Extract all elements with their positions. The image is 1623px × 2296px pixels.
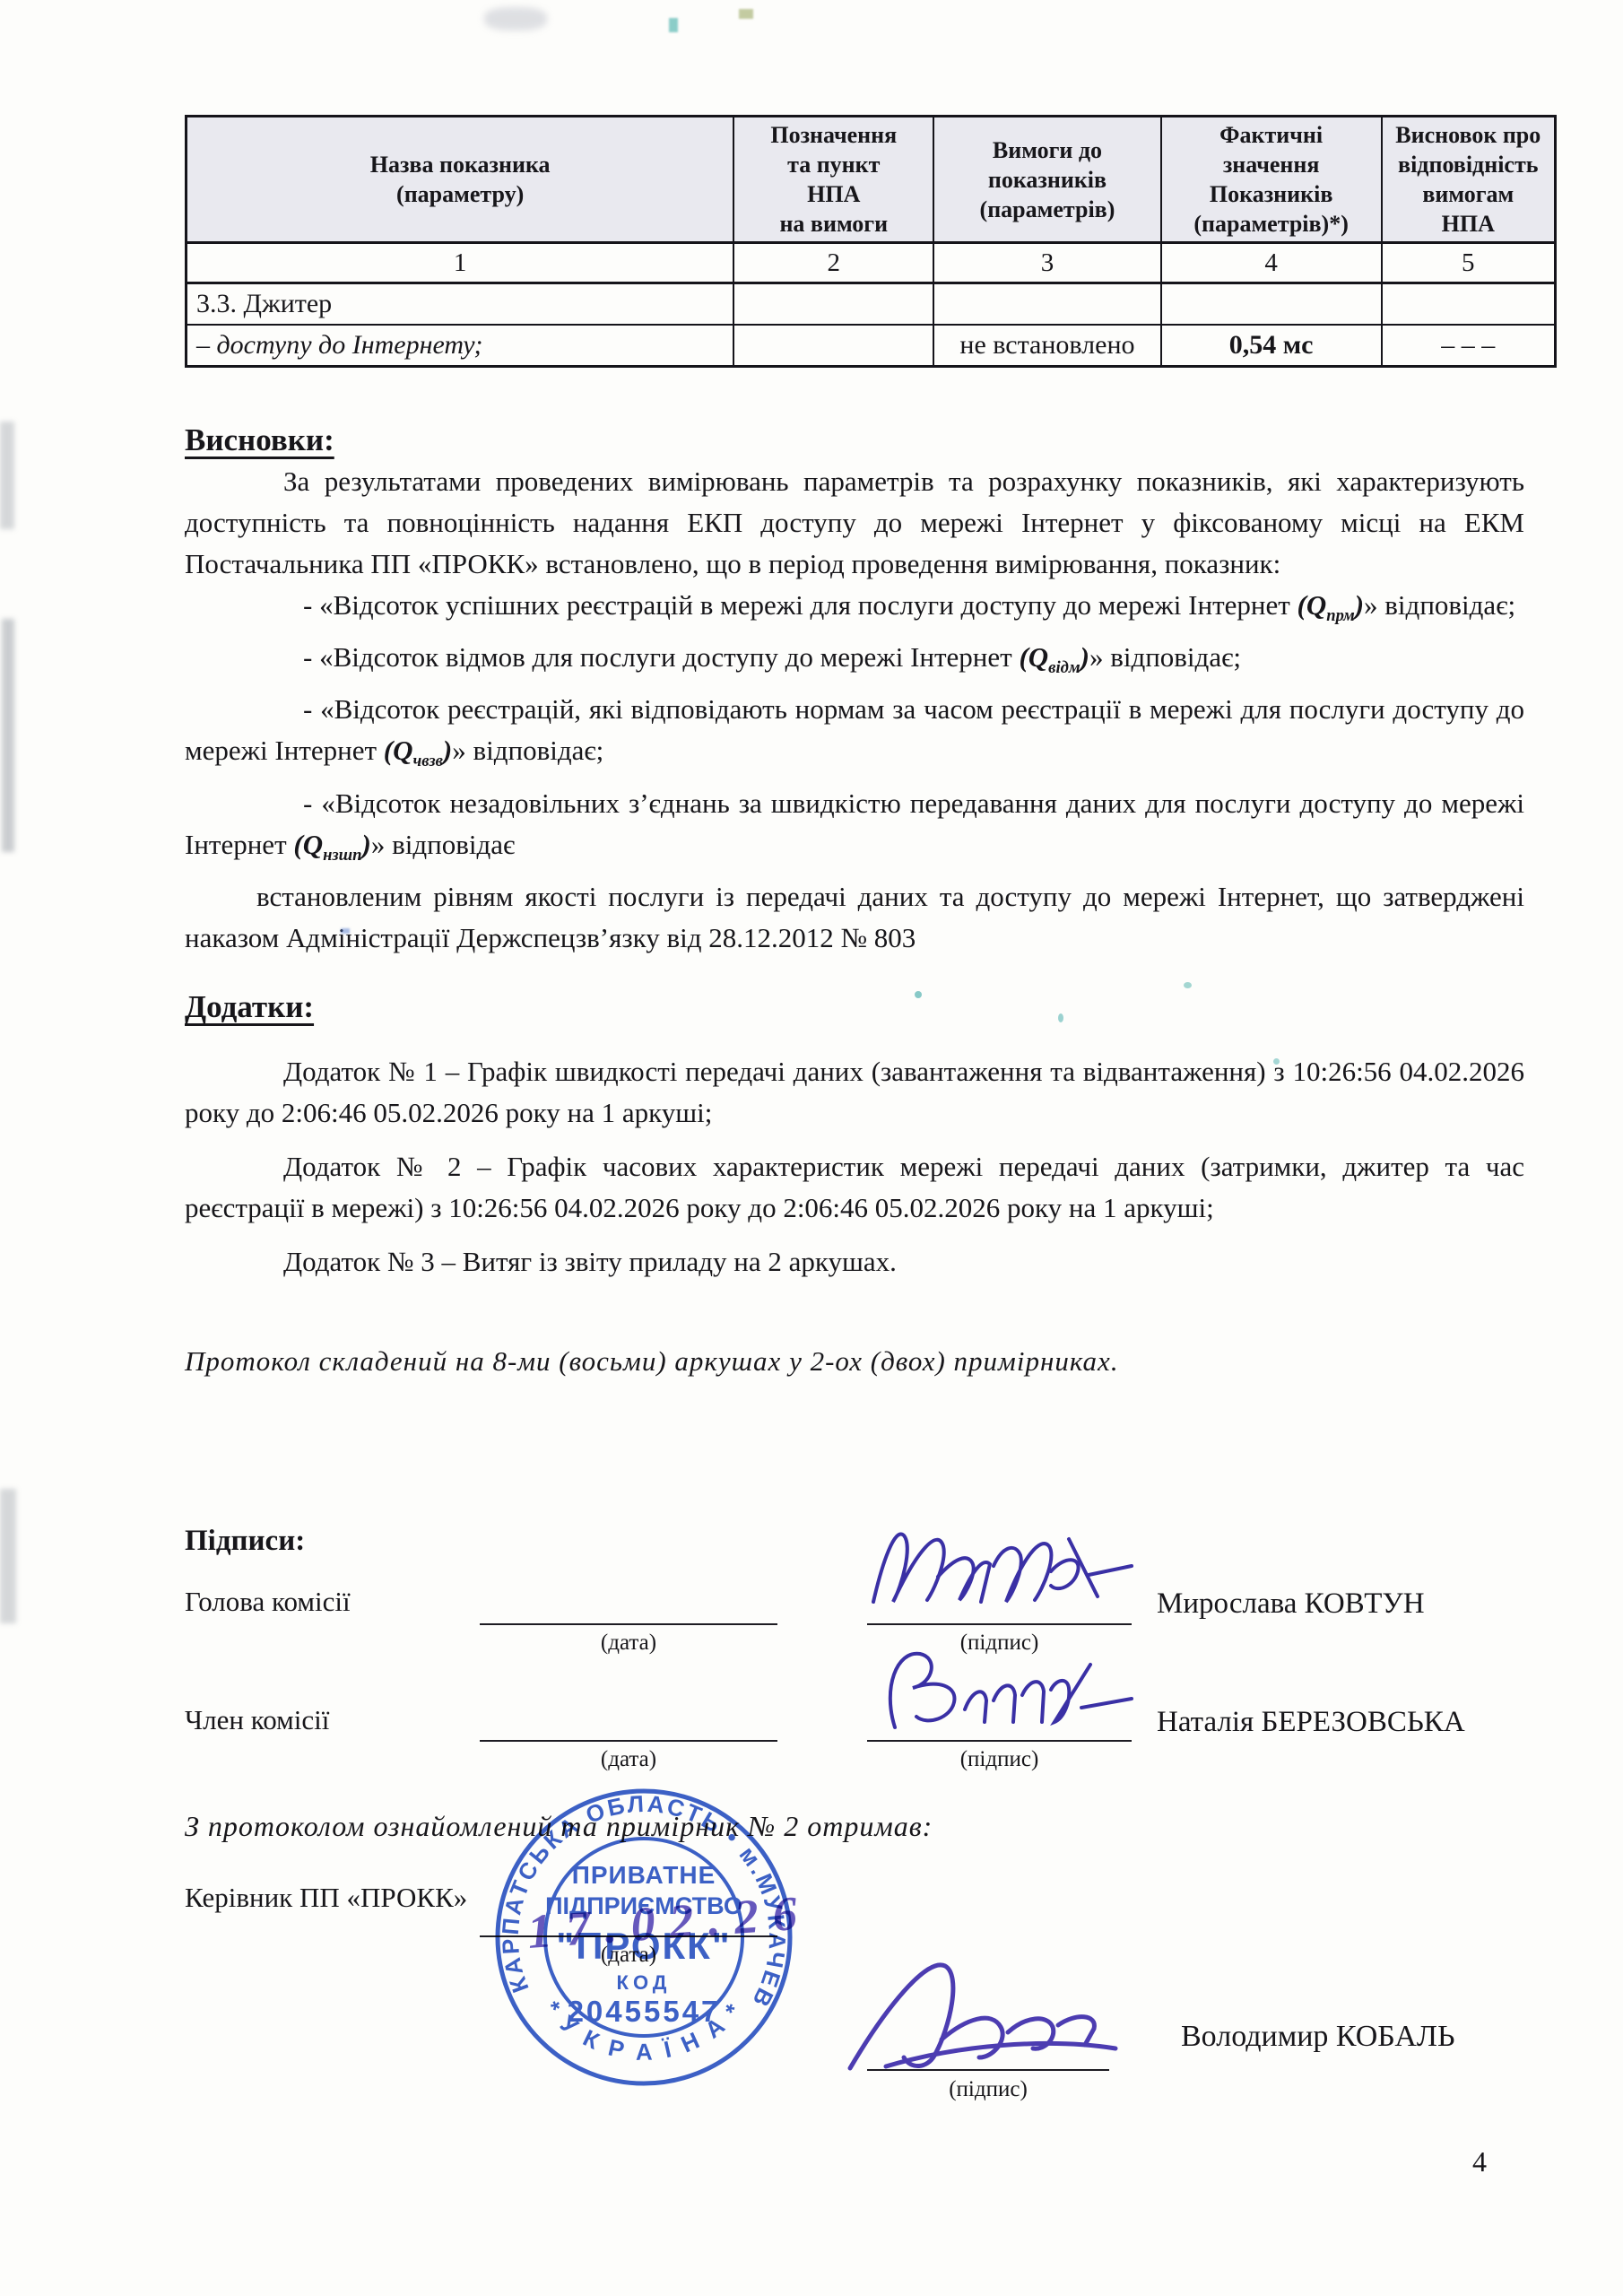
signature-label: (підпис) (867, 2077, 1109, 2102)
signature-kovtun (863, 1512, 1141, 1624)
cell-conclusion: – – – (1382, 325, 1556, 367)
signer-name-kobal: Володимир КОБАЛЬ (1181, 2020, 1455, 2054)
formula-q-vidm: (Qвідм) (1019, 641, 1089, 673)
cell-requirement: не встановлено (933, 325, 1160, 367)
signer-name-berezovska: Наталія БЕРЕЗОВСЬКА (1157, 1706, 1465, 1739)
stamp-line1: ПРИВАТНЕ (572, 1861, 716, 1889)
signature-label: (підпис) (867, 1747, 1132, 1772)
header-requirements: Вимоги до показників (параметрів) (933, 117, 1160, 243)
stamp-code-label: КОД (617, 1971, 672, 1994)
scan-artifact (0, 422, 14, 529)
conclusion-bullet: - «Відсоток незадовільних з’єднань за шв… (185, 783, 1524, 876)
attachment-item: Додаток № 3 – Витяг із звіту приладу на … (185, 1241, 1524, 1283)
cell (933, 283, 1160, 326)
scan-artifact (484, 7, 547, 30)
bullet-tail: » відповідає (371, 829, 515, 860)
row-jitter-title: 3.3. Джитер (187, 283, 734, 326)
bullet-text: - «Відсоток відмов для послуги доступу д… (303, 641, 1019, 673)
signature-berezovska (872, 1634, 1141, 1742)
attachment-item: Додаток № 2 – Графік часових характерист… (185, 1146, 1524, 1229)
table-row: 3.3. Джитер (187, 283, 1556, 326)
stamp-code-value: 20455547 (568, 1995, 721, 2028)
signature-kobal (841, 1944, 1137, 2074)
signer-name-kovtun: Мирослава КОВТУН (1157, 1587, 1425, 1621)
table-header-row: Назва показника (параметру) Позначення т… (187, 117, 1556, 243)
row-internet-access: – доступу до Інтернету; (187, 325, 734, 367)
conclusions-heading: Висновки: (185, 420, 1524, 461)
date-line (480, 1623, 777, 1625)
page-number: 4 (1472, 2145, 1487, 2179)
conclusion-bullet: - «Відсоток реєстрацій, які відповідають… (185, 689, 1524, 782)
scan-artifact (2, 619, 14, 852)
scan-artifact (739, 9, 753, 19)
formula-q-chvzv: (Qчвзв) (384, 735, 452, 766)
attachments-heading: Додатки: (185, 987, 1524, 1028)
formula-q-prm: (Qпрм) (1298, 589, 1365, 621)
col-num: 5 (1382, 243, 1556, 283)
cell (733, 283, 933, 326)
header-conclusion: Висновок про відповідність вимогам НПА (1382, 117, 1556, 243)
scanned-protocol-page: Назва показника (параметру) Позначення т… (0, 0, 1623, 2296)
cell (1161, 283, 1382, 326)
date-label: (дата) (480, 1747, 777, 1772)
date-label: (дата) (480, 1631, 777, 1656)
signer-role-head: Голова комісії (185, 1586, 351, 1618)
column-number-row: 1 2 3 4 5 (187, 243, 1556, 283)
bullet-tail: » відповідає; (452, 735, 603, 766)
protocol-note: Протокол складений на 8-ми (восьми) арку… (185, 1341, 1524, 1382)
date-line (480, 1740, 777, 1742)
indicators-table: Назва показника (параметру) Позначення т… (185, 115, 1557, 368)
cell-actual-value: 0,54 мс (1161, 325, 1382, 367)
signer-role-member: Член комісії (185, 1704, 329, 1736)
table-row: – доступу до Інтернету; не встановлено 0… (187, 325, 1556, 367)
conclusions-section: Висновки: За результатами проведених вим… (185, 420, 1524, 959)
signer-role-director: Керівник ПП «ПРОКК» (185, 1882, 467, 1914)
scan-artifact (669, 18, 678, 32)
conclusions-closing: встановленим рівням якості послуги із пе… (185, 876, 1524, 959)
cell (1382, 283, 1556, 326)
conclusion-bullet: - «Відсоток успішних реєстрацій в мережі… (185, 585, 1524, 637)
conclusions-intro: За результатами проведених вимірювань па… (185, 461, 1524, 585)
scan-artifact (0, 1489, 16, 1623)
bullet-tail: » відповідає; (1089, 641, 1241, 673)
attachment-item: Додаток № 1 – Графік швидкості передачі … (185, 1051, 1524, 1134)
bullet-tail: » відповідає; (1364, 589, 1515, 621)
signatures-heading: Підписи: (185, 1525, 305, 1558)
col-num: 3 (933, 243, 1160, 283)
header-designation: Позначення та пункт НПА на вимоги (733, 117, 933, 243)
cell (733, 325, 933, 367)
col-num: 2 (733, 243, 933, 283)
header-actual-values: Фактичні значення Показників (параметрів… (1161, 117, 1382, 243)
header-name: Назва показника (параметру) (187, 117, 734, 243)
formula-q-nzshp: (Qнзшп) (293, 829, 370, 860)
col-num: 1 (187, 243, 734, 283)
attachments-section: Додатки: Додаток № 1 – Графік швидкості … (185, 987, 1524, 1283)
bullet-text: - «Відсоток успішних реєстрацій в мережі… (303, 589, 1298, 621)
col-num: 4 (1161, 243, 1382, 283)
conclusion-bullet: - «Відсоток відмов для послуги доступу д… (185, 637, 1524, 689)
